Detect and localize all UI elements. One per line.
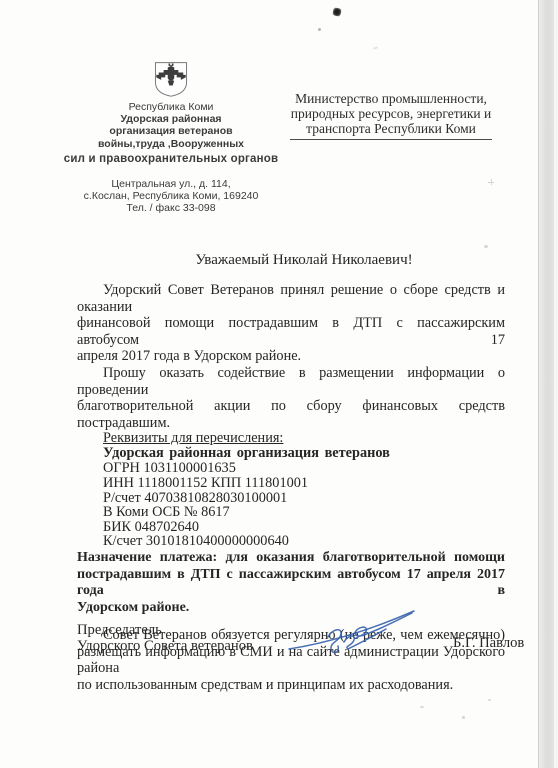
signer-title-line-2: Удорского Совета ветеранов — [77, 638, 253, 654]
letterhead-address-line-1: Центральная ул., д. 114, — [40, 178, 302, 190]
paragraph-request-line-2: благотворительной акции по сбору финансо… — [77, 398, 505, 431]
paragraph-decision-line-3: апреля 2017 года в Удорском районе. — [77, 348, 505, 365]
requisites-list: ОГРН 1031100001635ИНН 1118001152 КПП 111… — [77, 461, 505, 549]
scan-artifact-speck — [462, 716, 465, 719]
scan-edge-highlight — [554, 0, 558, 768]
paragraph-decision-line-2: финансовой помощи пострадавшим в ДТП с п… — [77, 315, 505, 348]
letterhead-address-line-3: Тел. / факс 33-098 — [40, 202, 302, 214]
letterhead-address: Центральная ул., д. 114,с.Кослан, Респуб… — [40, 178, 302, 215]
scan-artifact-speck — [420, 706, 424, 708]
requisites-list-line-1: ОГРН 1031100001635 — [103, 461, 505, 476]
letterhead-left-block: Республика Коми Удорская районнаяорганиз… — [40, 61, 302, 215]
paragraph-request: Прошу оказать содействие в размещении ин… — [77, 365, 505, 431]
letterhead-org-name-line-1: Удорская районная — [40, 113, 302, 125]
payment-purpose-line-2: пострадавшим в ДТП с пассажирским автобу… — [77, 567, 505, 600]
letterhead-org-name: Удорская районнаяорганизация ветерановво… — [40, 113, 302, 150]
salutation: Уважаемый Николай Николаевич! — [77, 252, 505, 269]
letterhead-org-name-line-3: войны,труда ,Вооруженных — [40, 138, 302, 150]
komi-coat-of-arms-icon — [153, 61, 189, 97]
letterhead-org-name-line-2: организация ветеранов — [40, 125, 302, 137]
paragraph-request-line-1: Прошу оказать содействие в размещении ин… — [77, 365, 505, 398]
requisites-list-line-6: К/счет 30101810400000000640 — [103, 534, 505, 549]
requisites-list-line-3: Р/счет 40703810828030100001 — [103, 491, 505, 506]
recipient-block: Министерство промышленности,природных ре… — [290, 92, 492, 140]
scan-artifact-speck — [488, 179, 494, 185]
recipient-block-line-1: Министерство промышленности, — [290, 92, 492, 107]
scan-artifact-blob — [332, 7, 341, 16]
signer-name: Б.Г. Павлов — [453, 635, 524, 652]
scan-artifact-speck — [318, 28, 321, 31]
requisites-list-line-4: В Коми ОСБ № 8617 — [103, 505, 505, 520]
scan-edge-shadow — [538, 0, 554, 768]
scan-artifact-speck — [484, 245, 488, 248]
scan-artifact-speck — [488, 699, 491, 701]
requisites-list-line-2: ИНН 1118001152 КПП 111801001 — [103, 476, 505, 491]
scanned-letter-page: Республика Коми Удорская районнаяорганиз… — [0, 0, 558, 768]
recipient-block-line-2: природных ресурсов, энергетики и — [290, 107, 492, 122]
signer-title: ПредседательУдорского Совета ветеранов — [77, 622, 253, 654]
payment-purpose-line-1: Назначение платежа: для оказания благотв… — [77, 550, 505, 567]
recipient-block-line-3: транспорта Республики Коми — [290, 122, 492, 137]
paragraph-decision: Удорский Совет Ветеранов принял решение … — [77, 282, 505, 365]
letterhead-org-name-tail: сил и правоохранительных органов — [40, 153, 302, 166]
letterhead-region: Республика Коми — [40, 101, 302, 113]
scan-artifact-speck — [373, 46, 378, 50]
letterhead-address-line-2: с.Кослан, Республика Коми, 169240 — [40, 190, 302, 202]
paragraph-decision-line-1: Удорский Совет Ветеранов принял решение … — [77, 282, 505, 315]
handwritten-signature-icon — [286, 604, 422, 658]
requisites-org-name: Удорская районная организация ветеранов — [103, 446, 505, 461]
requisites-list-line-5: БИК 048702640 — [103, 520, 505, 535]
signer-title-line-1: Председатель — [77, 622, 253, 638]
requisites-heading: Реквизиты для перечисления: — [103, 431, 505, 446]
paragraph-closing-line-3: по использованным средствам и принципам … — [77, 677, 505, 694]
